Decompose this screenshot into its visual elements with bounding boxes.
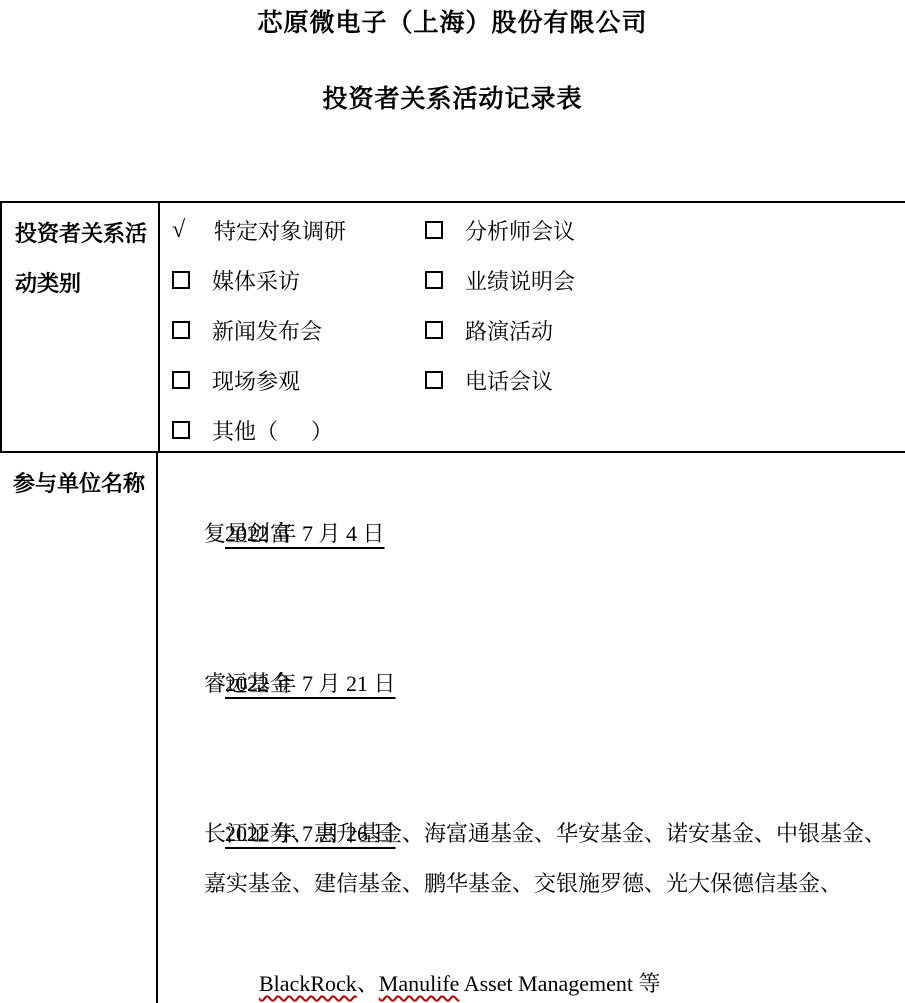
participants-header: 参与单位名称: [0, 453, 158, 1003]
checkbox-label: 业绩说明会: [465, 265, 575, 296]
org-line-rest: Asset Management 等: [459, 971, 660, 996]
checkbox-item-earnings-briefing[interactable]: 业绩说明会: [425, 255, 905, 305]
checkbox-unchecked-icon: [172, 371, 190, 389]
company-title: 芯原微电子（上海）股份有限公司: [0, 8, 905, 40]
checkbox-item-conference-call[interactable]: 电话会议: [425, 355, 905, 405]
checkbox-unchecked-icon: [172, 271, 190, 289]
org-line: 长江证券、惠升基金、海富通基金、华安基金、诺安基金、中银基金、: [170, 809, 905, 859]
checkbox-label: 电话会议: [465, 365, 553, 396]
checkbox-label: 其他（ ）: [212, 415, 333, 446]
org-blackrock: BlackRock: [259, 971, 357, 996]
blank-line: [170, 559, 905, 609]
org-separator: 、: [357, 971, 379, 996]
form-title: 投资者关系活动记录表: [0, 84, 905, 116]
checkbox-unchecked-icon: [172, 421, 190, 439]
checkmark-icon: √: [172, 217, 192, 244]
checkbox-item-roadshow[interactable]: 路演活动: [425, 305, 905, 355]
date-heading: 2022 年 7 月 21 日: [170, 609, 905, 659]
org-line: 睿远基金: [170, 659, 905, 709]
org-line: 嘉实基金、建信基金、鹏华基金、交银施罗德、光大保德信基金、: [170, 859, 905, 909]
checkbox-label: 特定对象调研: [214, 215, 346, 246]
checkbox-unchecked-icon: [172, 321, 190, 339]
checkbox-label: 分析师会议: [465, 215, 575, 246]
activity-options-grid: √ 特定对象调研 分析师会议 媒体采访 业绩说明会: [160, 203, 905, 455]
checkbox-item-special-object-research[interactable]: √ 特定对象调研: [172, 205, 425, 255]
org-manulife: Manulife: [379, 971, 460, 996]
org-line: 复星创富: [170, 509, 905, 559]
date-heading: 2022 年 7 月 4 日: [170, 459, 905, 509]
record-table: 投资者关系活动类别 √ 特定对象调研 分析师会议 媒体采访: [0, 201, 905, 1003]
checkbox-item-press-conference[interactable]: 新闻发布会: [172, 305, 425, 355]
date-heading: 2022 年 7 月 26 日: [170, 759, 905, 809]
activity-options-cell: √ 特定对象调研 分析师会议 媒体采访 业绩说明会: [160, 203, 905, 451]
document-page: 芯原微电子（上海）股份有限公司 投资者关系活动记录表 投资者关系活动类别 √ 特…: [0, 0, 905, 1003]
blank-line: [170, 709, 905, 759]
checkbox-label: 新闻发布会: [212, 315, 322, 346]
checkbox-unchecked-icon: [425, 371, 443, 389]
activity-category-row: 投资者关系活动类别 √ 特定对象调研 分析师会议 媒体采访: [0, 203, 905, 453]
checkbox-item-site-visit[interactable]: 现场参观: [172, 355, 425, 405]
activity-category-header: 投资者关系活动类别: [2, 203, 160, 451]
org-line-international: BlackRock、Manulife Asset Management 等: [170, 909, 905, 959]
checkbox-label: 现场参观: [212, 365, 300, 396]
checkbox-item-other[interactable]: 其他（ ）: [172, 405, 425, 455]
checkbox-item-media-interview[interactable]: 媒体采访: [172, 255, 425, 305]
checkbox-unchecked-icon: [425, 221, 443, 239]
checkbox-unchecked-icon: [425, 321, 443, 339]
checkbox-item-analyst-meeting[interactable]: 分析师会议: [425, 205, 905, 255]
participants-content: 2022 年 7 月 4 日 复星创富 2022 年 7 月 21 日 睿远基金…: [158, 453, 905, 1003]
checkbox-label: 媒体采访: [212, 265, 300, 296]
participants-row: 参与单位名称 2022 年 7 月 4 日 复星创富 2022 年 7 月 21…: [0, 453, 905, 1003]
checkbox-label: 路演活动: [465, 315, 553, 346]
checkbox-unchecked-icon: [425, 271, 443, 289]
